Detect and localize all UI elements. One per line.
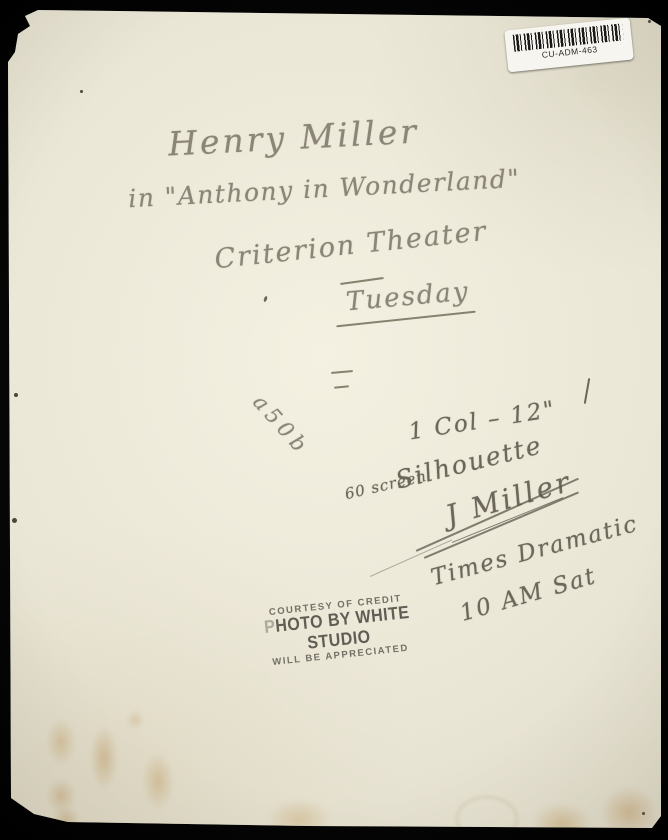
photo-back-scan: Henry Miller in "Anthony in Wonderland" … — [0, 0, 668, 840]
stain — [90, 725, 118, 791]
stain — [600, 786, 658, 838]
stain — [266, 798, 332, 840]
stain — [46, 718, 76, 766]
speck — [642, 812, 645, 815]
stain — [52, 806, 80, 834]
speck — [648, 20, 651, 23]
speck — [14, 393, 18, 397]
stain — [532, 802, 592, 840]
speck — [80, 90, 83, 93]
stain — [126, 710, 144, 730]
stain — [46, 778, 76, 814]
speck — [12, 518, 17, 523]
stain-ring — [456, 796, 518, 840]
stain — [142, 752, 174, 810]
speck — [263, 296, 268, 303]
